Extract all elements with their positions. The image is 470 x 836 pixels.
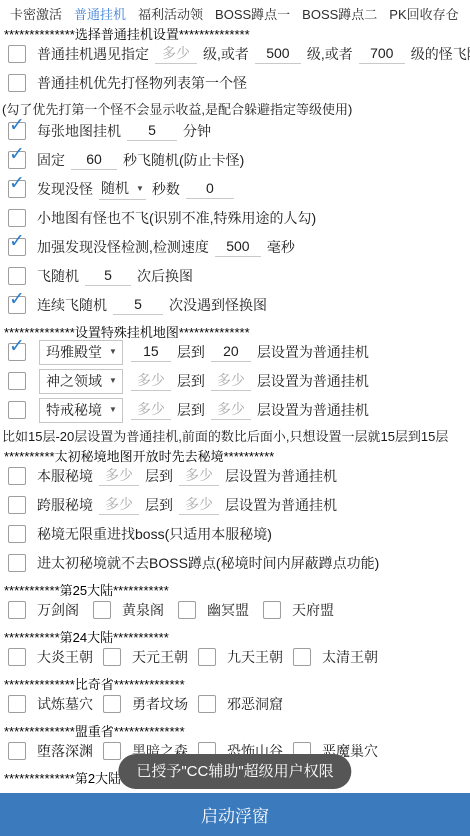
checkbox[interactable]	[8, 74, 26, 92]
setting-row: 秘境无限重进找boss(只适用本服秘境)	[8, 524, 470, 544]
number-input[interactable]	[131, 342, 171, 362]
checkbox[interactable]: ✓	[8, 343, 26, 361]
row-label: 天元王朝	[132, 647, 188, 667]
checkbox[interactable]	[8, 45, 26, 63]
checkbox[interactable]: ✓	[8, 151, 26, 169]
row-label: 层到	[145, 466, 173, 486]
select-value: 特戒秘境	[46, 400, 102, 420]
row-label: 层设置为普通挂机	[257, 400, 369, 420]
row-label: 秒数	[152, 179, 180, 199]
number-input[interactable]	[155, 44, 197, 64]
row-label: 试炼墓穴	[37, 694, 93, 714]
row-label: 分钟	[183, 121, 211, 141]
checkbox[interactable]	[8, 496, 26, 514]
row-label: 每张地图挂机	[37, 121, 121, 141]
number-input[interactable]	[99, 495, 139, 515]
chevron-down-icon: ▼	[109, 376, 117, 385]
row-label: 层设置为普通挂机	[225, 466, 337, 486]
setting-row: 万剑阁黄泉阁幽冥盟天府盟	[8, 600, 470, 620]
number-input[interactable]	[131, 400, 171, 420]
checkbox[interactable]	[93, 601, 111, 619]
section-header: ***********第25大陆***********	[0, 582, 470, 600]
checkbox[interactable]	[8, 554, 26, 572]
row-label: 层到	[145, 495, 173, 515]
row-label: 小地图有怪也不飞(识别不准,特殊用途的人勾)	[37, 208, 316, 228]
row-label: 勇者坟场	[132, 694, 188, 714]
number-input[interactable]	[211, 400, 251, 420]
row-label: 加强发现没怪检测,检测速度	[37, 237, 209, 257]
number-input[interactable]	[131, 371, 171, 391]
tab-6[interactable]: PK回收存仓	[389, 4, 458, 24]
check-icon: ✓	[9, 145, 25, 164]
setting-row: ✓玛雅殿堂▼层到层设置为普通挂机	[8, 342, 470, 362]
row-label: 固定	[37, 150, 65, 170]
row-label: 普通挂机优先打怪物列表第一个怪	[37, 73, 247, 93]
checkbox[interactable]	[8, 372, 26, 390]
number-input[interactable]	[71, 150, 117, 170]
check-icon: ✓	[9, 174, 25, 193]
chevron-down-icon: ▼	[109, 405, 117, 414]
row-label: 跨服秘境	[37, 495, 93, 515]
setting-row: 试炼墓穴勇者坟场邪恶洞窟	[8, 694, 470, 714]
number-input[interactable]	[85, 266, 131, 286]
tab-bar: 卡密激活普通挂机福利活动领BOSS蹲点一BOSS蹲点二PK回收存仓其他设置	[0, 0, 470, 24]
checkbox[interactable]	[103, 742, 121, 760]
row-label: 进太初秘境就不去BOSS蹲点(秘境时间内屏蔽蹲点功能)	[37, 553, 379, 573]
check-icon: ✓	[9, 116, 25, 135]
launch-float-window-button[interactable]: 启动浮窗	[0, 793, 470, 836]
row-label: 邪恶洞窟	[227, 694, 283, 714]
number-input[interactable]	[113, 295, 163, 315]
map-select[interactable]: 神之领域▼	[39, 369, 123, 394]
number-input[interactable]	[127, 121, 177, 141]
row-label: 黄泉阁	[122, 600, 164, 620]
section-header: **********太初秘境地图开放时先去秘境**********	[0, 448, 470, 466]
setting-row: 大炎王朝天元王朝九天王朝太清王朝	[8, 647, 470, 667]
tab-5[interactable]: BOSS蹲点二	[302, 4, 377, 24]
row-label: 堕落深渊	[37, 741, 93, 761]
row-label: 次没遇到怪换图	[169, 295, 267, 315]
check-icon: ✓	[9, 290, 25, 309]
setting-row: ✓每张地图挂机分钟	[8, 121, 470, 141]
setting-row: 进太初秘境就不去BOSS蹲点(秘境时间内屏蔽蹲点功能)	[8, 553, 470, 573]
row-label: 连续飞随机	[37, 295, 107, 315]
tab-1[interactable]: 卡密激活	[10, 4, 62, 24]
check-icon: ✓	[9, 232, 25, 251]
row-label: 秘境无限重进找boss(只适用本服秘境)	[37, 524, 272, 544]
hint-text: (勾了优先打第一个怪不会显示收益,是配合躲避指定等级使用)	[2, 102, 470, 118]
checkbox[interactable]	[198, 648, 216, 666]
map-select[interactable]: 玛雅殿堂▼	[39, 340, 123, 365]
row-label: 层设置为普通挂机	[257, 371, 369, 391]
section-header: **************比奇省**************	[0, 676, 470, 694]
checkbox[interactable]	[8, 648, 26, 666]
select-value: 随机	[101, 178, 129, 198]
number-input[interactable]	[99, 466, 139, 486]
row-label: 幽冥盟	[207, 600, 249, 620]
chevron-down-icon: ▼	[136, 184, 144, 193]
chevron-down-icon: ▼	[109, 347, 117, 356]
section-header: ***********第24大陆***********	[0, 629, 470, 647]
row-label: 层到	[177, 342, 205, 362]
select-value: 玛雅殿堂	[46, 342, 102, 362]
number-input[interactable]	[359, 44, 405, 64]
row-label: 本服秘境	[37, 466, 93, 486]
row-label: 秒飞随机(防止卡怪)	[123, 150, 244, 170]
row-label: 次后换图	[137, 266, 193, 286]
hint-text: 比如15层-20层设置为普通挂机,前面的数比后面小,只想设置一层就15层到15层	[2, 429, 470, 445]
checkbox[interactable]	[8, 742, 26, 760]
row-label: 级的怪飞随机	[411, 44, 470, 64]
checkbox[interactable]	[103, 695, 121, 713]
setting-row: ✓固定秒飞随机(防止卡怪)	[8, 150, 470, 170]
setting-row: 普通挂机遇见指定级,或者级,或者级的怪飞随机	[8, 44, 470, 64]
checkbox[interactable]: ✓	[8, 180, 26, 198]
checkbox[interactable]	[8, 601, 26, 619]
row-label: 九天王朝	[227, 647, 283, 667]
checkbox[interactable]	[178, 601, 196, 619]
setting-row: ✓连续飞随机次没遇到怪换图	[8, 295, 470, 315]
checkbox[interactable]	[103, 648, 121, 666]
checkbox[interactable]	[8, 525, 26, 543]
row-label: 级,或者	[307, 44, 353, 64]
number-input[interactable]	[215, 237, 261, 257]
checkbox[interactable]	[8, 401, 26, 419]
row-label: 层设置为普通挂机	[225, 495, 337, 515]
row-label: 万剑阁	[37, 600, 79, 620]
setting-row: 本服秘境层到层设置为普通挂机	[8, 466, 470, 486]
row-label: 大炎王朝	[37, 647, 93, 667]
checkbox[interactable]	[198, 695, 216, 713]
superuser-toast: 已授予"CC辅助"超级用户权限	[118, 754, 351, 789]
setting-row: 普通挂机优先打怪物列表第一个怪	[8, 73, 470, 93]
setting-row: 神之领域▼层到层设置为普通挂机	[8, 371, 470, 391]
row-label: 普通挂机遇见指定	[37, 44, 149, 64]
number-input[interactable]	[211, 371, 251, 391]
checkbox[interactable]: ✓	[8, 238, 26, 256]
checkbox[interactable]: ✓	[8, 296, 26, 314]
checkbox[interactable]	[8, 695, 26, 713]
section-header: **************盟重省**************	[0, 723, 470, 741]
map-select[interactable]: 特戒秘境▼	[39, 398, 123, 423]
setting-row: 飞随机次后换图	[8, 266, 470, 286]
setting-row: 跨服秘境层到层设置为普通挂机	[8, 495, 470, 515]
checkbox[interactable]	[8, 267, 26, 285]
row-label: 毫秒	[267, 237, 295, 257]
setting-row: 小地图有怪也不飞(识别不准,特殊用途的人勾)	[8, 208, 470, 228]
checkbox[interactable]	[263, 601, 281, 619]
checkbox[interactable]	[8, 467, 26, 485]
number-input[interactable]	[211, 342, 251, 362]
setting-row: ✓发现没怪随机▼秒数	[8, 179, 470, 199]
number-input[interactable]	[255, 44, 301, 64]
select-value: 神之领域	[46, 371, 102, 391]
row-label: 太清王朝	[322, 647, 378, 667]
setting-row: ✓加强发现没怪检测,检测速度毫秒	[8, 237, 470, 257]
row-label: 层到	[177, 371, 205, 391]
row-label: 飞随机	[37, 266, 79, 286]
row-label: 发现没怪	[37, 179, 93, 199]
number-input[interactable]	[186, 179, 234, 199]
number-input[interactable]	[179, 495, 219, 515]
tab-3[interactable]: 福利活动领	[138, 4, 203, 24]
checkbox[interactable]: ✓	[8, 122, 26, 140]
mode-select[interactable]: 随机▼	[99, 178, 146, 200]
number-input[interactable]	[179, 466, 219, 486]
check-icon: ✓	[9, 337, 25, 356]
row-label: 层设置为普通挂机	[257, 342, 369, 362]
row-label: 天府盟	[292, 600, 334, 620]
settings-panel: **************选择普通挂机设置**************普通挂机…	[0, 24, 470, 788]
checkbox[interactable]	[8, 209, 26, 227]
row-label: 层到	[177, 400, 205, 420]
tab-4[interactable]: BOSS蹲点一	[215, 4, 290, 24]
checkbox[interactable]	[293, 648, 311, 666]
tab-2[interactable]: 普通挂机	[74, 4, 126, 24]
row-label: 级,或者	[203, 44, 249, 64]
section-header: **************选择普通挂机设置**************	[0, 26, 470, 44]
setting-row: 特戒秘境▼层到层设置为普通挂机	[8, 400, 470, 420]
